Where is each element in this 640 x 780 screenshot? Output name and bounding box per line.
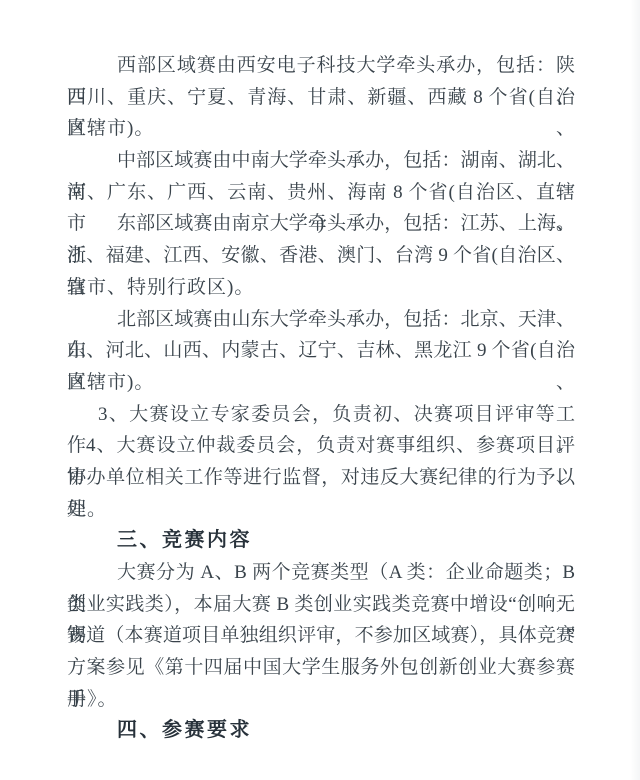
section-heading: 三、竞赛内容 [67, 525, 575, 557]
text-line: 赛道（本赛道项目单独组织评审，不参加区域赛），具体竞赛 [67, 620, 575, 652]
text-line: 辖市、特别行政区)。 [67, 272, 575, 304]
text-line: 3、大赛设立专家委员会，负责初、决赛项目评审等工作。 [67, 399, 575, 431]
text-line: 西部区域赛由西安电子科技大学牵头承办，包括：陕西、 [67, 50, 575, 82]
text-line: 4、大赛设立仲裁委员会，负责对赛事组织、参赛项目评审、 [67, 430, 575, 462]
text-line: 北部区域赛由山东大学牵头承办，包括：北京、天津、山 [67, 304, 575, 336]
scan-edge-shading [630, 0, 640, 780]
section-heading: 四、参赛要求 [67, 715, 575, 747]
text-line: 东、河北、山西、内蒙古、辽宁、吉林、黑龙江 9 个省(自治区、 [67, 335, 575, 367]
text-line: 东部区域赛由南京大学牵头承办，包括：江苏、上海、浙 [67, 208, 575, 240]
text-line: 四川、重庆、宁夏、青海、甘肃、新疆、西藏 8 个省(自治区、 [67, 82, 575, 114]
text-line: 大赛分为 A、B 两个竞赛类型（A 类：企业命题类；B 类： [67, 557, 575, 589]
text-line: 协办单位相关工作等进行监督，对违反大赛纪律的行为予以处 [67, 462, 575, 494]
text-line: 江、福建、江西、安徽、香港、澳门、台湾 9 个省(自治区、直 [67, 240, 575, 272]
text-line: 中部区域赛由中南大学牵头承办，包括：湖南、湖北、河 [67, 145, 575, 177]
text-line: 理。 [67, 494, 575, 526]
text-line: 创业实践类），本届大赛 B 类创业实践类竞赛中增设“创响无锡” [67, 589, 575, 621]
document-page: 西部区域赛由西安电子科技大学牵头承办，包括：陕西、四川、重庆、宁夏、青海、甘肃、… [0, 0, 640, 780]
text-line: 方案参见《第十四届中国大学生服务外包创新创业大赛参赛手 [67, 652, 575, 684]
text-line: 南、广东、广西、云南、贵州、海南 8 个省(自治区、直辖市)。 [67, 177, 575, 209]
text-line: 册》。 [67, 684, 575, 716]
document-text-block: 西部区域赛由西安电子科技大学牵头承办，包括：陕西、四川、重庆、宁夏、青海、甘肃、… [67, 50, 575, 747]
